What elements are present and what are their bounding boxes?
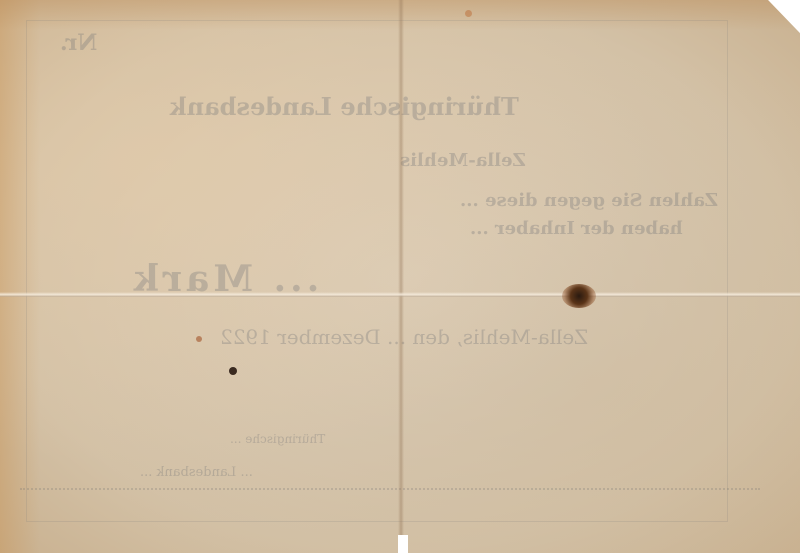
banknote-reverse: Nr. Thüringische Landesbank Zella-Mehlis… <box>0 0 800 553</box>
ghost-serial-label: Nr. <box>60 30 97 56</box>
dotted-rule <box>20 488 760 492</box>
ghost-footer-line: Thüringische ... <box>230 432 325 446</box>
ghost-footer-line: ... Landesbank ... <box>140 465 253 480</box>
horizontal-fold <box>0 292 800 297</box>
burn-hole <box>562 284 596 308</box>
ghost-instruction-line: haben der Inhaber ... <box>470 218 683 239</box>
rust-spot <box>465 10 472 17</box>
ghost-branch-line: Zella-Mehlis <box>400 150 526 171</box>
rust-spot <box>196 336 202 342</box>
ghost-date-line: Zella-Mehlis, den ... Dezember 1922 <box>220 325 588 349</box>
vertical-fold <box>398 0 404 553</box>
bottom-tear <box>398 535 408 553</box>
ghost-instruction-line: Zahlen Sie gegen diese ... <box>460 190 718 211</box>
ink-spot <box>229 367 237 375</box>
ghost-issuer-line: Thüringische Landesbank <box>170 92 519 121</box>
